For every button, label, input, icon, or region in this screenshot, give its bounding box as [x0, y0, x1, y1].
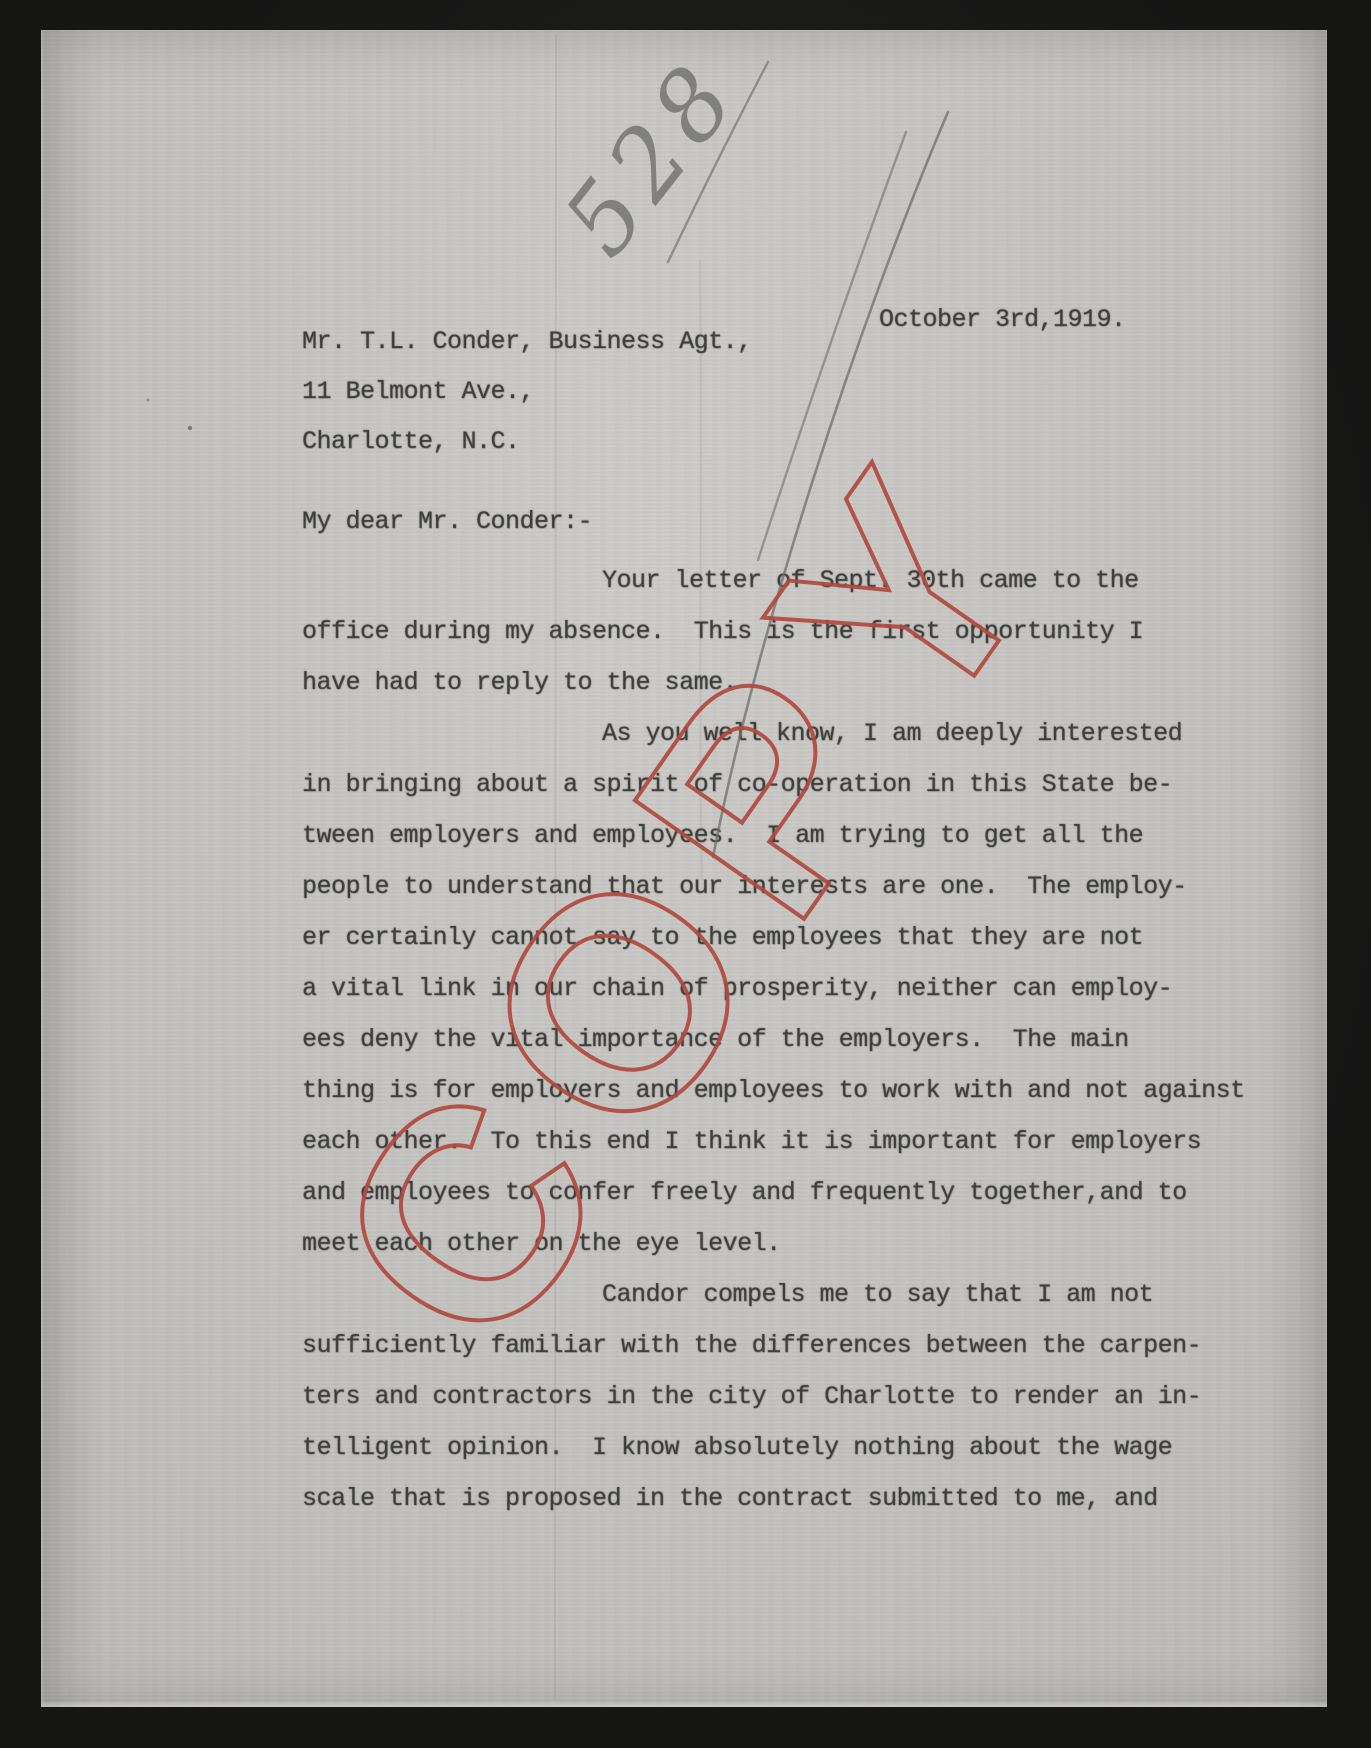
letter-body-line: er certainly cannot say to the employees…: [302, 923, 1245, 974]
letter-body-line: office during my absence. This is the fi…: [302, 617, 1245, 668]
scan-background: October 3rd,1919. Mr. T.L. Conder, Busin…: [0, 0, 1371, 1748]
letter-body-line: in bringing about a spirit of co-operati…: [302, 770, 1245, 821]
recipient-address-line: Mr. T.L. Conder, Business Agt.,: [302, 327, 752, 377]
salutation: My dear Mr. Conder:-: [302, 507, 592, 536]
letter-body: Your letter of Sept. 30th came to theoff…: [302, 566, 1245, 1535]
letter-date: October 3rd,1919.: [879, 305, 1126, 334]
letter-body-line: ees deny the vital importance of the emp…: [302, 1025, 1245, 1076]
letter-body-line: ters and contractors in the city of Char…: [302, 1382, 1245, 1433]
recipient-address-block: Mr. T.L. Conder, Business Agt.,11 Belmon…: [302, 327, 752, 477]
letter-body-line: and employees to confer freely and frequ…: [302, 1178, 1245, 1229]
letter-body-line: scale that is proposed in the contract s…: [302, 1484, 1245, 1535]
letter-body-line: a vital link in our chain of prosperity,…: [302, 974, 1245, 1025]
letter-body-line: have had to reply to the same.: [302, 668, 1245, 719]
letter-body-line: telligent opinion. I know absolutely not…: [302, 1433, 1245, 1484]
recipient-address-line: 11 Belmont Ave.,: [302, 377, 752, 427]
recipient-address-line: Charlotte, N.C.: [302, 427, 752, 477]
letter-body-line: people to understand that our interests …: [302, 872, 1245, 923]
letter-body-line: sufficiently familiar with the differenc…: [302, 1331, 1245, 1382]
letter-body-line: meet each other on the eye level.: [302, 1229, 1245, 1280]
letter-body-line: each other. To this end I think it is im…: [302, 1127, 1245, 1178]
letter-document: October 3rd,1919. Mr. T.L. Conder, Busin…: [41, 30, 1327, 1707]
letter-body-line: As you well know, I am deeply interested: [302, 719, 1245, 770]
letter-body-line: tween employers and employees. I am tryi…: [302, 821, 1245, 872]
letter-body-line: Your letter of Sept. 30th came to the: [302, 566, 1245, 617]
letter-body-line: thing is for employers and employees to …: [302, 1076, 1245, 1127]
letter-body-line: Candor compels me to say that I am not: [302, 1280, 1245, 1331]
